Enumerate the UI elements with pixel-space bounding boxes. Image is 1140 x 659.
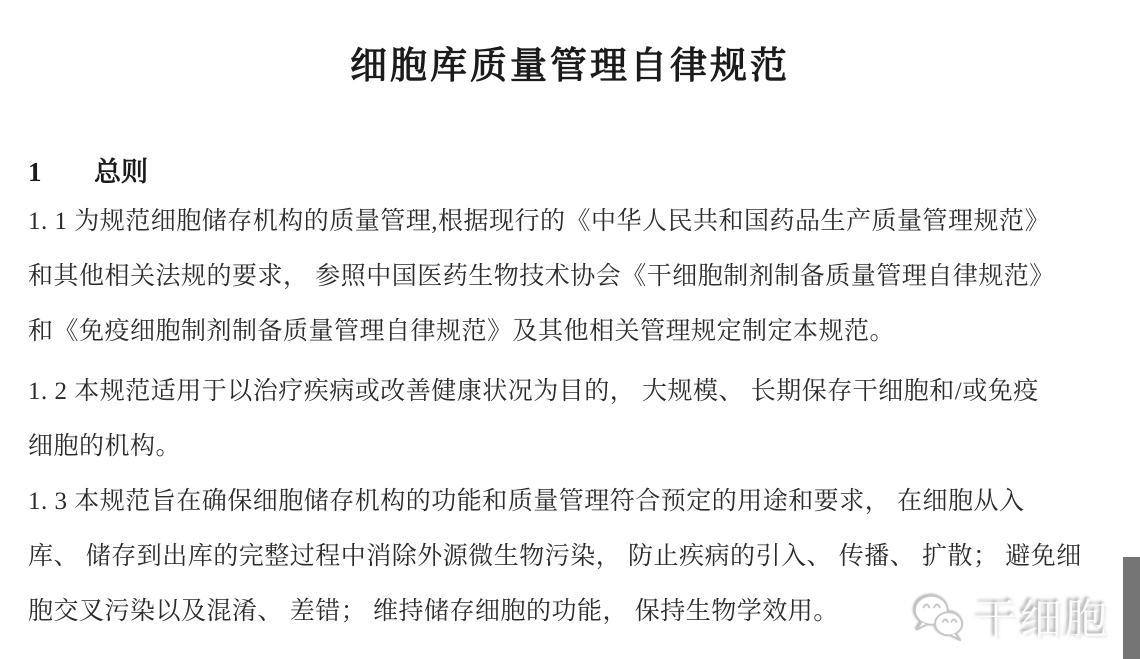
paragraph-line: 和《免疫细胞制剂制备质量管理自律规范》及其他相关管理规定制定本规范。 bbox=[28, 304, 1068, 359]
paragraph-line: 和其他相关法规的要求， 参照中国医药生物技术协会《干细胞制剂制备质量管理自律规范… bbox=[28, 249, 1068, 304]
section-heading: 1总则 bbox=[28, 150, 148, 189]
paragraph-line: 1. 2 本规范适用于以治疗疾病或改善健康状况为目的， 大规模、 长期保存干细胞… bbox=[28, 364, 1068, 419]
paragraph-line: 1. 3 本规范旨在确保细胞储存机构的功能和质量管理符合预定的用途和要求， 在细… bbox=[28, 474, 1068, 529]
paragraph-line: 库、 储存到出库的完整过程中消除外源微生物污染， 防止疾病的引入、 传播、 扩散… bbox=[28, 529, 1068, 584]
document-title: 细胞库质量管理自律规范 bbox=[0, 35, 1140, 89]
paragraph-line: 1. 1 为规范细胞储存机构的质量管理,根据现行的《中华人民共和国药品生产质量管… bbox=[28, 194, 1068, 249]
watermark-label: 干细胞 bbox=[975, 587, 1110, 647]
paragraph-1-2: 1. 2 本规范适用于以治疗疾病或改善健康状况为目的， 大规模、 长期保存干细胞… bbox=[28, 364, 1068, 474]
section-title: 总则 bbox=[94, 157, 148, 187]
paragraph-line: 细胞的机构。 bbox=[28, 419, 1068, 474]
scrollbar-thumb[interactable] bbox=[1123, 557, 1140, 659]
wechat-icon bbox=[911, 591, 965, 643]
watermark: 干细胞 bbox=[911, 587, 1110, 647]
document-page: 细胞库质量管理自律规范 1总则 1. 1 为规范细胞储存机构的质量管理,根据现行… bbox=[0, 0, 1140, 659]
section-number: 1 bbox=[28, 157, 94, 188]
paragraph-1-1: 1. 1 为规范细胞储存机构的质量管理,根据现行的《中华人民共和国药品生产质量管… bbox=[28, 194, 1068, 359]
